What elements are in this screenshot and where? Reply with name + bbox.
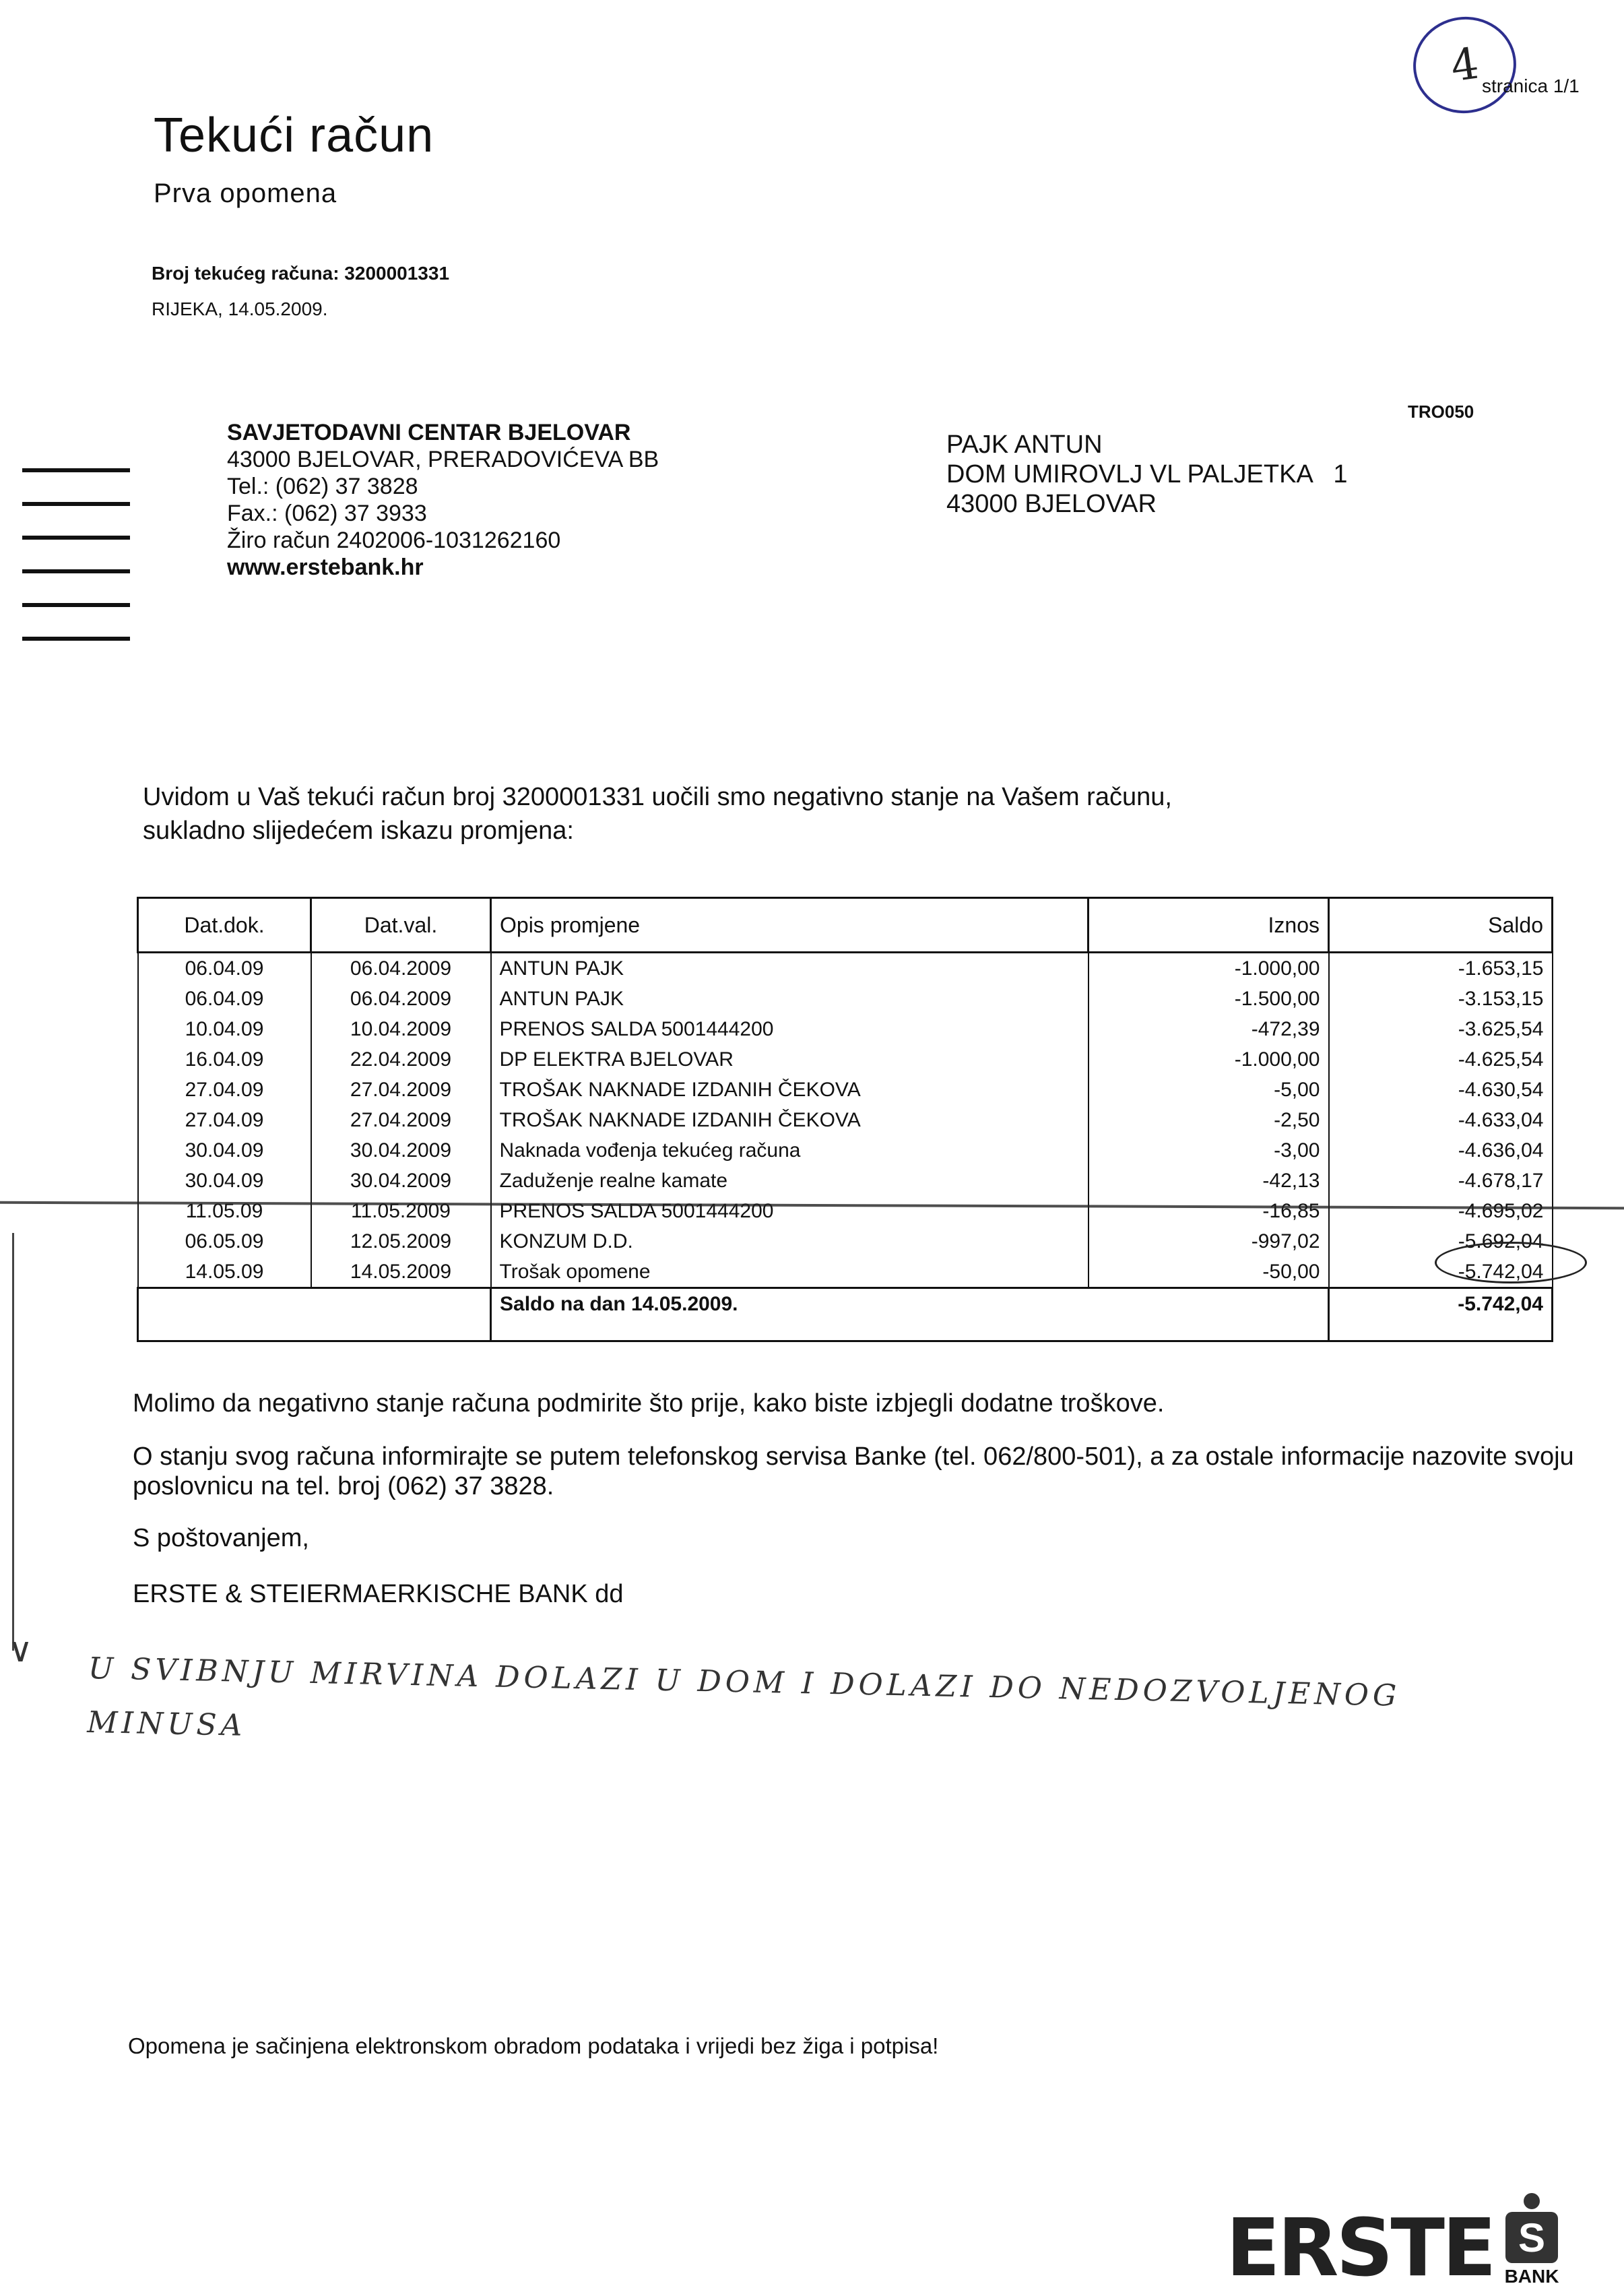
balance-cell: -4.633,04 (1329, 1105, 1553, 1135)
amount-cell: -472,39 (1089, 1014, 1329, 1044)
intro-line-2: sukladno slijedećem iskazu promjena: (143, 814, 1423, 848)
amount-cell: -997,02 (1089, 1226, 1329, 1257)
column-header-description: Opis promjene (491, 898, 1089, 953)
logo-s-icon: S BANK (1505, 2193, 1559, 2286)
total-empty-cell (138, 1288, 491, 1341)
description-cell: DP ELEKTRA BJELOVAR (491, 1044, 1089, 1075)
column-header-amount: Iznos (1089, 898, 1329, 953)
doc-date-cell: 06.05.09 (138, 1226, 311, 1257)
value-date-cell: 27.04.2009 (311, 1075, 491, 1105)
value-date-cell: 11.05.2009 (311, 1196, 491, 1226)
balance-cell: -3.153,15 (1329, 984, 1553, 1014)
doc-date-cell: 10.04.09 (138, 1014, 311, 1044)
amount-cell: -1.500,00 (1089, 984, 1329, 1014)
table-row: 27.04.0927.04.2009TROŠAK NAKNADE IZDANIH… (138, 1075, 1553, 1105)
amount-cell: -16,85 (1089, 1196, 1329, 1226)
balance-cell: -4.636,04 (1329, 1135, 1553, 1166)
logo-wordmark: ERSTE (1226, 2208, 1494, 2286)
mail-sort-bars (22, 468, 130, 670)
logo-bank-text: BANK (1505, 2266, 1559, 2286)
doc-date-cell: 30.04.09 (138, 1135, 311, 1166)
column-header-value-date: Dat.val. (311, 898, 491, 953)
barcode-id: ·000080· (0, 540, 4, 600)
amount-cell: -5,00 (1089, 1075, 1329, 1105)
logo-dot-icon (1524, 2193, 1540, 2209)
greeting: S poštovanjem, (133, 1524, 309, 1553)
doc-date-cell: 11.05.09 (138, 1196, 311, 1226)
table-row: 06.04.0906.04.2009ANTUN PAJK-1.000,00-1.… (138, 953, 1553, 984)
table-row: 11.05.0911.05.2009PRENOS SALDA 500144420… (138, 1196, 1553, 1226)
handwritten-page-number: 4 (1448, 38, 1482, 92)
handwritten-arrow-head-icon: ∨ (8, 1630, 33, 1670)
description-cell: TROŠAK NAKNADE IZDANIH ČEKOVA (491, 1075, 1089, 1105)
total-value: -5.742,04 (1329, 1288, 1553, 1341)
column-header-doc-date: Dat.dok. (138, 898, 311, 953)
sender-web: www.erstebank.hr (227, 554, 659, 581)
handwritten-note: U SVIBNJU MIRVINA DOLAZI U DOM I DOLAZI … (87, 1642, 1571, 1781)
table-row: 14.05.0914.05.2009Trošak opomene-50,00-5… (138, 1257, 1553, 1288)
table-row: 10.04.0910.04.2009PRENOS SALDA 500144420… (138, 1014, 1553, 1044)
recipient-city: 43000 BJELOVAR (946, 489, 1348, 519)
balance-cell: -1.653,15 (1329, 953, 1553, 984)
description-cell: Naknada vođenja tekućeg računa (491, 1135, 1089, 1166)
balance-cell: -4.695,02 (1329, 1196, 1553, 1226)
total-label: Saldo na dan 14.05.2009. (491, 1288, 1329, 1341)
erste-bank-logo: ERSTE S BANK (1226, 2193, 1559, 2286)
sender-address-block: SAVJETODAVNI CENTAR BJELOVAR 43000 BJELO… (227, 419, 659, 581)
intro-line-1: Uvidom u Vaš tekući račun broj 320000133… (143, 780, 1423, 814)
doc-date-cell: 06.04.09 (138, 984, 311, 1014)
description-cell: PRENOS SALDA 5001444200 (491, 1196, 1089, 1226)
value-date-cell: 12.05.2009 (311, 1226, 491, 1257)
handwritten-page-number-circle: 4 (1407, 10, 1522, 120)
logo-s-symbol: S (1505, 2212, 1558, 2263)
amount-cell: -2,50 (1089, 1105, 1329, 1135)
signature: ERSTE & STEIERMAERKISCHE BANK dd (133, 1580, 624, 1609)
document-subtitle: Prva opomena (154, 179, 337, 209)
balance-cell: -4.678,17 (1329, 1166, 1553, 1196)
recipient-name: PAJK ANTUN (946, 430, 1348, 459)
account-number: Broj tekućeg računa: 3200001331 (152, 263, 449, 284)
value-date-cell: 14.05.2009 (311, 1257, 491, 1288)
amount-cell: -1.000,00 (1089, 953, 1329, 984)
sender-name: SAVJETODAVNI CENTAR BJELOVAR (227, 419, 659, 446)
table-row: 06.05.0912.05.2009KONZUM D.D.-997,02-5.6… (138, 1226, 1553, 1257)
balance-cell: -4.625,54 (1329, 1044, 1553, 1075)
description-cell: PRENOS SALDA 5001444200 (491, 1014, 1089, 1044)
sender-fax: Fax.: (062) 37 3933 (227, 500, 659, 527)
sender-giro: Žiro račun 2402006-1031262160 (227, 527, 659, 554)
table-row: 30.04.0930.04.2009Zaduženje realne kamat… (138, 1166, 1553, 1196)
intro-paragraph: Uvidom u Vaš tekući račun broj 320000133… (143, 780, 1423, 848)
doc-date-cell: 16.04.09 (138, 1044, 311, 1075)
document-title: Tekući račun (154, 108, 434, 163)
amount-cell: -42,13 (1089, 1166, 1329, 1196)
table-header-row: Dat.dok. Dat.val. Opis promjene Iznos Sa… (138, 898, 1553, 953)
recipient-address-block: PAJK ANTUN DOM UMIROVLJ VL PALJETKA 1 43… (946, 430, 1348, 519)
amount-cell: -3,00 (1089, 1135, 1329, 1166)
value-date-cell: 22.04.2009 (311, 1044, 491, 1075)
balance-cell: -3.625,54 (1329, 1014, 1553, 1044)
value-date-cell: 30.04.2009 (311, 1166, 491, 1196)
footer-note: Opomena je sačinjena elektronskom obrado… (128, 2033, 938, 2059)
amount-cell: -50,00 (1089, 1257, 1329, 1288)
balance-cell: -4.630,54 (1329, 1075, 1553, 1105)
table-row: 30.04.0930.04.2009Naknada vođenja tekuće… (138, 1135, 1553, 1166)
sender-tel: Tel.: (062) 37 3828 (227, 473, 659, 500)
total-row: Saldo na dan 14.05.2009. -5.742,04 (138, 1288, 1553, 1341)
table-row: 27.04.0927.04.2009TROŠAK NAKNADE IZDANIH… (138, 1105, 1553, 1135)
doc-date-cell: 14.05.09 (138, 1257, 311, 1288)
document-code: TRO050 (1408, 402, 1474, 422)
payment-request-paragraph: Molimo da negativno stanje računa podmir… (133, 1389, 1164, 1418)
description-cell: KONZUM D.D. (491, 1226, 1089, 1257)
description-cell: Zaduženje realne kamate (491, 1166, 1089, 1196)
value-date-cell: 06.04.2009 (311, 984, 491, 1014)
handwritten-arrow-line (12, 1233, 14, 1651)
contact-info-paragraph: O stanju svog računa informirajte se put… (133, 1442, 1574, 1501)
handwritten-circle-mark (1435, 1242, 1587, 1283)
amount-cell: -1.000,00 (1089, 1044, 1329, 1075)
sender-address: 43000 BJELOVAR, PRERADOVIĆEVA BB (227, 446, 659, 473)
value-date-cell: 10.04.2009 (311, 1014, 491, 1044)
doc-date-cell: 30.04.09 (138, 1166, 311, 1196)
value-date-cell: 30.04.2009 (311, 1135, 491, 1166)
place-date: RIJEKA, 14.05.2009. (152, 298, 328, 320)
page-marker: stranica 1/1 (1482, 75, 1580, 97)
doc-date-cell: 27.04.09 (138, 1075, 311, 1105)
description-cell: ANTUN PAJK (491, 953, 1089, 984)
transactions-table: Dat.dok. Dat.val. Opis promjene Iznos Sa… (137, 897, 1553, 1342)
value-date-cell: 06.04.2009 (311, 953, 491, 984)
table-row: 16.04.0922.04.2009DP ELEKTRA BJELOVAR-1.… (138, 1044, 1553, 1075)
doc-date-cell: 27.04.09 (138, 1105, 311, 1135)
column-header-balance: Saldo (1329, 898, 1553, 953)
description-cell: Trošak opomene (491, 1257, 1089, 1288)
description-cell: TROŠAK NAKNADE IZDANIH ČEKOVA (491, 1105, 1089, 1135)
value-date-cell: 27.04.2009 (311, 1105, 491, 1135)
doc-date-cell: 06.04.09 (138, 953, 311, 984)
recipient-street: DOM UMIROVLJ VL PALJETKA 1 (946, 459, 1348, 489)
table-row: 06.04.0906.04.2009ANTUN PAJK-1.500,00-3.… (138, 984, 1553, 1014)
description-cell: ANTUN PAJK (491, 984, 1089, 1014)
